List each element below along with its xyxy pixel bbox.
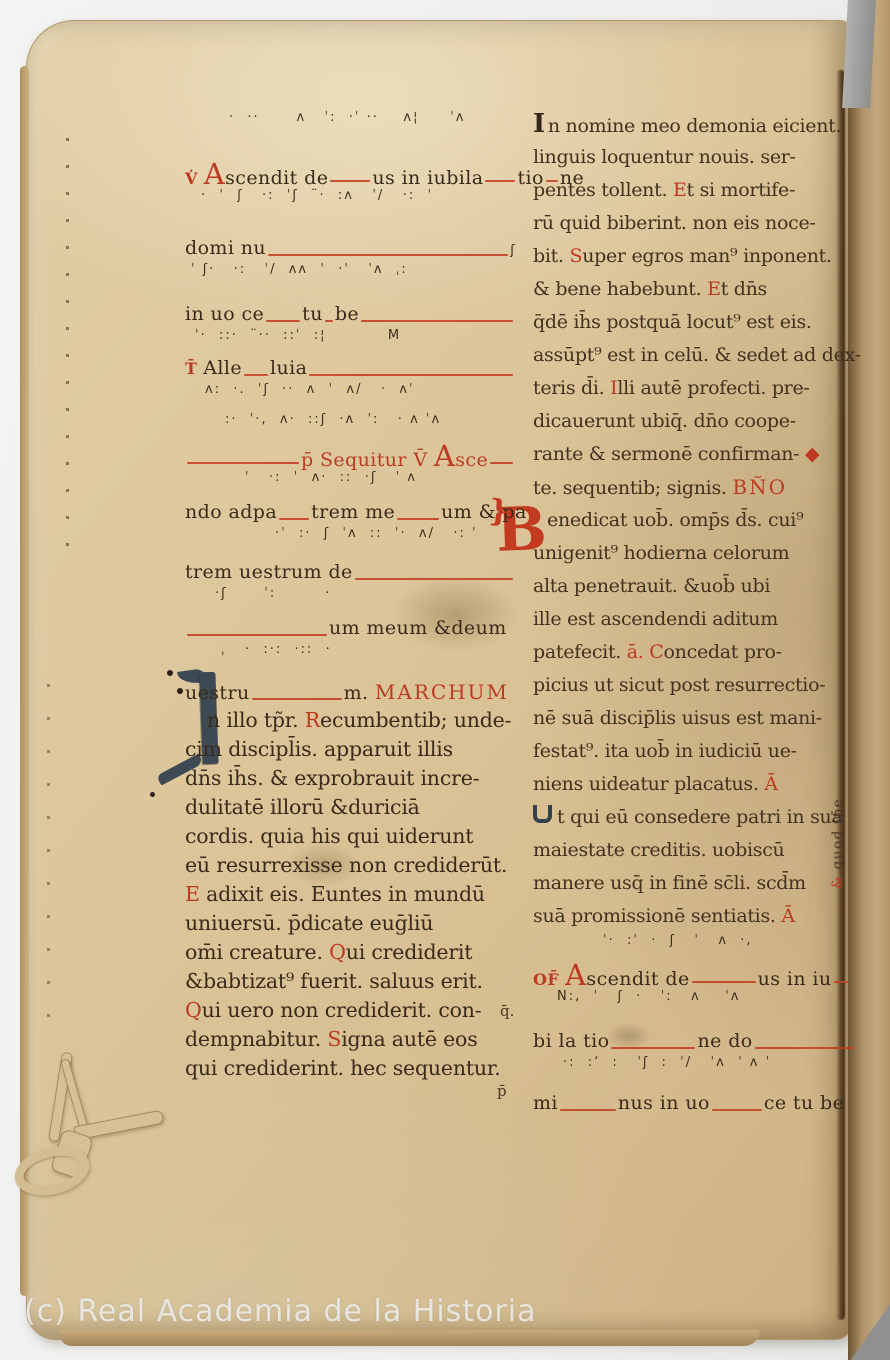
text-run: bi la tio — [533, 1027, 609, 1055]
text-run: trem me — [311, 498, 395, 526]
text-line: ille est ascendendi aditum — [533, 603, 857, 636]
text-line: te. sequentib; signis. BÑO — [533, 471, 857, 504]
text-run: lli autē profecti. pre- — [617, 377, 809, 399]
rubric-run: Q — [185, 998, 202, 1022]
chant-text-line: V̇ Ascendit deus in iubilatione — [185, 160, 515, 188]
text-line: pentes tollent. Et si mortife- — [533, 174, 857, 207]
initial-dot — [167, 670, 173, 676]
text-run: uper egros man⁹ inponent. — [582, 245, 832, 267]
neume-row: ˈ· :ˈ · ʃ ˈ ʌ ·, — [533, 933, 857, 961]
text-run: alta penetrauit. &uob̄ ubi — [533, 575, 770, 597]
text-run: manere usq̄ in finē sc̄li. scd̄m — [533, 872, 806, 894]
red-staff-line — [397, 518, 439, 520]
rubric-run: S — [327, 1027, 341, 1051]
red-staff-line — [309, 374, 513, 376]
text-line: linguis loquentur nouis. ser- — [533, 141, 857, 174]
text-line: alta penetrauit. &uob̄ ubi — [533, 570, 857, 603]
rubric-run: & — [830, 869, 846, 888]
neume-row: ·ʃ ˈ: · — [185, 586, 515, 614]
text-line: rū quid biberint. non eis noce- — [533, 207, 857, 240]
text-line: Qui uero non crediderit. con- — [185, 996, 515, 1025]
book-stand-top — [842, 0, 876, 108]
text-line: qui crediderint. hec sequentur. — [185, 1054, 515, 1083]
rubric-run: S — [569, 245, 582, 267]
text-run: in uo ce — [185, 300, 264, 328]
right-text-column: In nomine meo demonia eicient.linguis lo… — [533, 108, 857, 1117]
text-run: n illo tp̃r. — [207, 708, 305, 732]
text-run: uniuersū. p̄dicate euḡliū — [185, 911, 433, 935]
rubric-run: Ā — [764, 773, 777, 795]
text-run: igna autē eos — [341, 1027, 477, 1051]
text-line: nē suā discip̄lis uisus est mani- — [533, 702, 857, 735]
chant-red-bracket: } — [488, 493, 510, 529]
rubric-run: A — [565, 961, 586, 989]
text-run: maiestate creditis. uobiscū — [533, 839, 785, 861]
red-staff-line — [490, 462, 513, 464]
text-run: dempnabitur. — [185, 1027, 327, 1051]
text-run: trem uestrum de — [185, 558, 353, 586]
text-line: E adixit eis. Euntes in mundū — [185, 880, 515, 909]
red-staff-line — [187, 634, 327, 636]
rubric-run: C — [649, 641, 663, 663]
pricking-dots — [47, 684, 50, 1024]
red-staff-line — [560, 1109, 616, 1111]
neume-row: ˈ· ::· ¨·· ::ˈ :¦ M — [185, 328, 515, 354]
chant-text-line: trem uestrum de — [185, 558, 515, 586]
text-run: &babtizat⁹ fuerit. saluus erit. — [185, 969, 483, 993]
neume-row: ʌ: ·. ˈʃ ·· ʌ ˈ ʌ/ · ʌˈ — [185, 382, 515, 412]
text-line: & bene habebunt. Et dn̄s — [533, 273, 857, 306]
text-line: patefecit. ā. Concedat pro- — [533, 636, 857, 669]
text-run: n nomine meo demonia eicient. — [548, 115, 841, 137]
rubric-run: MARCHUM — [375, 678, 509, 706]
text-run: domi nu — [185, 234, 266, 262]
text-line: assūpt⁹ est in celū. & sedet ad dex- — [533, 339, 857, 372]
text-run: festat⁹. ita uob̄ in iudiciū ue- — [533, 740, 797, 762]
neume-row: N:, ˈ ʃ · ˈ: ʌ ˈʌ — [533, 989, 857, 1027]
text-run: pentes tollent. — [533, 179, 673, 201]
text-run: bit. — [533, 245, 569, 267]
text-line: n illo tp̃r. Recumbentib; unde- — [185, 706, 515, 735]
text-line: dn̄s ih̄s. & exprobrauit incre- — [185, 764, 515, 793]
text-line: In nomine meo demonia eicient. — [533, 108, 857, 141]
text-run: picius ut sicut post resurrectio- — [533, 674, 825, 696]
text-line: om̄i creature. Qui crediderit — [185, 938, 515, 967]
text-run: dn̄s ih̄s. & exprobrauit incre- — [185, 766, 479, 790]
text-run: ecumbentib; unde- — [320, 708, 511, 732]
rubric-run: ◆ — [799, 443, 819, 465]
chant-text-line: T̄ Alleluia — [185, 354, 515, 382]
neume-row: ·: :ʼ : ˈʃ : ˈ/ ˈʌ ˈ ʌ ˈ — [533, 1055, 857, 1089]
text-run: ce tu be — [764, 1089, 844, 1117]
text-run: nē suā discip̄lis uisus est mani- — [533, 707, 822, 729]
margin-siglum: q̄. — [500, 1002, 514, 1020]
text-line: festat⁹. ita uob̄ in iudiciū ue- — [533, 735, 857, 768]
chant-text-line: domi nuʃ — [185, 234, 515, 262]
text-line: unigenit⁹ hodierna celorum — [533, 537, 857, 570]
text-line: cordis. quia his qui uiderunt — [185, 822, 515, 851]
text-line: cim discipl̄is. apparuit illis — [185, 735, 515, 764]
text-line: bit. Super egros man⁹ inponent. — [533, 240, 857, 273]
text-line: t qui eū consedere patri in sua — [533, 801, 857, 834]
rubric-run: R — [305, 708, 320, 732]
text-line: picius ut sicut post resurrectio- — [533, 669, 857, 702]
text-line: q̄dē ih̄s postquā locut⁹ est eis. — [533, 306, 857, 339]
text-run: um & pa — [441, 498, 527, 526]
text-run: oncedat pro- — [664, 641, 782, 663]
text-run: ui uero non crediderit. con- — [202, 998, 482, 1022]
text-run: rū quid biberint. non eis noce- — [533, 212, 816, 234]
neume-row: ˌ · :·: ·:: · — [185, 642, 515, 678]
text-run: uestru — [185, 679, 250, 707]
text-run: cordis. quia his qui uiderunt — [185, 824, 473, 848]
rubric-run: Q — [329, 940, 346, 964]
text-run: be — [335, 300, 359, 328]
text-run: adixit eis. Euntes in mundū — [200, 882, 485, 906]
text-line: &babtizat⁹ fuerit. saluus erit. — [185, 967, 515, 996]
red-staff-line — [834, 981, 848, 983]
rubric-run: E — [707, 278, 721, 300]
rubric-run: A — [434, 442, 455, 470]
text-line: dempnabitur. Signa autē eos — [185, 1025, 515, 1054]
red-staff-line — [252, 698, 342, 700]
text-run: linguis loquentur nouis. ser- — [533, 146, 796, 168]
text-run: dicauerunt ubiq̄. dn̄o coope- — [533, 410, 796, 432]
text-run: ndo adpa — [185, 498, 277, 526]
text-run: suā promissionē sentiatis. — [533, 905, 781, 927]
initial-dot — [150, 792, 155, 797]
text-run: t dn̄s — [721, 278, 767, 300]
rubric-run: E — [673, 179, 687, 201]
text-run: mi — [533, 1089, 558, 1117]
text-run: cim discipl̄is. apparuit illis — [185, 737, 453, 761]
page-bottom-edge — [60, 1330, 760, 1346]
left-text-column: · ·· ʌ ˈ: ·ˈ ·· ʌ¦ ˈʌV̇ Ascendit deus in… — [185, 110, 515, 1083]
chant-text-line: uestrum. MARCHUM — [185, 678, 515, 706]
chant-text-line: bi la tione do — [533, 1027, 857, 1055]
text-line: enedicat uob̄. omp̄s d̄s. cui⁹ — [533, 504, 857, 537]
chant-text-line: OF̄ Ascendit deus in iu — [533, 961, 857, 989]
rubric-run: T̄ — [185, 355, 203, 383]
text-run: t si mortife- — [687, 179, 796, 201]
red-staff-line — [279, 518, 309, 520]
text-run: ui crediderit — [346, 940, 473, 964]
text-run: ʃ — [510, 237, 515, 265]
chant-text-line: um meum &deum — [185, 614, 515, 642]
text-run: niens uideatur placatus. — [533, 773, 764, 795]
red-staff-line — [325, 320, 333, 322]
text-run: nus in uo — [618, 1089, 710, 1117]
text-line: niens uideatur placatus. Ā — [533, 768, 857, 801]
text-run: om̄i creature. — [185, 940, 329, 964]
red-staff-line — [355, 578, 513, 580]
page-left-edge — [20, 66, 29, 1296]
red-staff-line — [712, 1109, 762, 1111]
rubric-run: BÑO — [732, 475, 787, 499]
text-run: & bene habebunt. — [533, 278, 707, 300]
text-line: dulitatē illorū &duriciā — [185, 793, 515, 822]
red-staff-line — [330, 180, 370, 182]
red-staff-line — [361, 320, 513, 322]
text-run: enedicat uob̄. omp̄s d̄s. cui⁹ — [547, 509, 803, 531]
red-staff-line — [244, 374, 268, 376]
red-staff-line — [692, 981, 756, 983]
neume-row: :· ˈ·, ʌ· ::ʃ ·ʌ ˈ: · ʌ ˈʌ — [185, 412, 515, 442]
margin-siglum: p̄ — [497, 1082, 507, 1100]
chant-text-line: p̄ Sequitur V̄ Asce — [185, 442, 515, 470]
text-line: dicauerunt ubiq̄. dn̄o coope- — [533, 405, 857, 438]
red-staff-line — [266, 320, 300, 322]
neume-row: ·ˈ :· ʃ ˈʌ :: ˈ· ʌ/ ·: ˈ — [185, 526, 515, 558]
text-run: teris d̄i. — [533, 377, 610, 399]
text-run: rante & sermonē confirman- — [533, 443, 799, 465]
red-staff-line — [268, 254, 508, 256]
text-run: quod ip̄e — [830, 798, 846, 869]
rubric-run: A — [204, 160, 225, 188]
text-run: ille est ascendendi aditum — [533, 608, 778, 630]
text-run: tu — [302, 300, 323, 328]
text-line: suā promissionē sentiatis. Ā — [533, 900, 857, 933]
text-run: eū resurrexisse non crediderūt. — [185, 853, 507, 877]
red-staff-line — [611, 1047, 695, 1049]
text-run: dulitatē illorū &duriciā — [185, 795, 420, 819]
text-run: ne do — [697, 1027, 752, 1055]
text-run: t qui eū consedere patri in sua — [557, 806, 843, 828]
text-run: um meum &deum — [329, 614, 507, 642]
text-line: maiestate creditis. uobiscū — [533, 834, 857, 867]
rubric-run: Ā — [781, 905, 794, 927]
paragraph-initial-u — [533, 805, 552, 823]
text-run: I — [533, 109, 545, 139]
red-staff-line — [187, 462, 299, 464]
text-run: qui crediderint. hec sequentur. — [185, 1056, 501, 1080]
neume-row: ˈ ʃ· ·: ˈ/ ʌʌ ˈ ·ˈ ˈʌ ˌ: — [185, 262, 515, 300]
text-line: teris d̄i. Illi autē profecti. pre- — [533, 372, 857, 405]
text-run: te. sequentib; signis. — [533, 477, 732, 499]
neume-row: · ·· ʌ ˈ: ·ˈ ·· ʌ¦ ˈʌ — [185, 110, 515, 160]
neume-row: · ˈ ʃ ·: ˈʃ ¨· :ʌ ˈ/ ·: ˈ — [185, 188, 515, 234]
text-run: q̄dē ih̄s postquā locut⁹ est eis. — [533, 311, 812, 333]
text-line: uniuersū. p̄dicate euḡliū — [185, 909, 515, 938]
text-line: eū resurrexisse non crediderūt. — [185, 851, 515, 880]
text-run: assūpt⁹ est in celū. & sedet ad dex- — [533, 344, 861, 366]
text-line: rante & sermonē confirman- ◆ — [533, 438, 857, 471]
rubric-run: E — [185, 882, 200, 906]
neume-row: ˈ ·: ˈ ʌ· :: ·ʃ ˈ ʌ — [185, 470, 515, 498]
manuscript-photo: B · ·· ʌ ˈ: ·ˈ ·· ʌ¦ ˈʌV̇ Ascendit deus … — [0, 0, 890, 1360]
initial-dot — [177, 688, 183, 694]
chant-text-line: ndo adpatrem meum & pa — [185, 498, 515, 526]
pricking-dots — [66, 138, 69, 548]
red-staff-line — [485, 180, 515, 182]
vertical-margin-note: & quod ip̄e — [830, 798, 846, 889]
text-run: patefecit. — [533, 641, 627, 663]
chant-text-line: minus in uoce tu be — [533, 1089, 857, 1117]
text-run: luia — [270, 354, 307, 382]
text-run: Alle — [203, 354, 242, 382]
watermark: (c) Real Academia de la Historia — [24, 1294, 536, 1329]
chant-text-line: in uo cetube — [185, 300, 515, 328]
text-run: unigenit⁹ hodierna celorum — [533, 542, 789, 564]
red-staff-line — [755, 1047, 855, 1049]
rubric-run: ā. — [627, 641, 650, 663]
text-line: manere usq̄ in finē sc̄li. scd̄m — [533, 867, 857, 900]
text-run: m. — [344, 679, 375, 707]
